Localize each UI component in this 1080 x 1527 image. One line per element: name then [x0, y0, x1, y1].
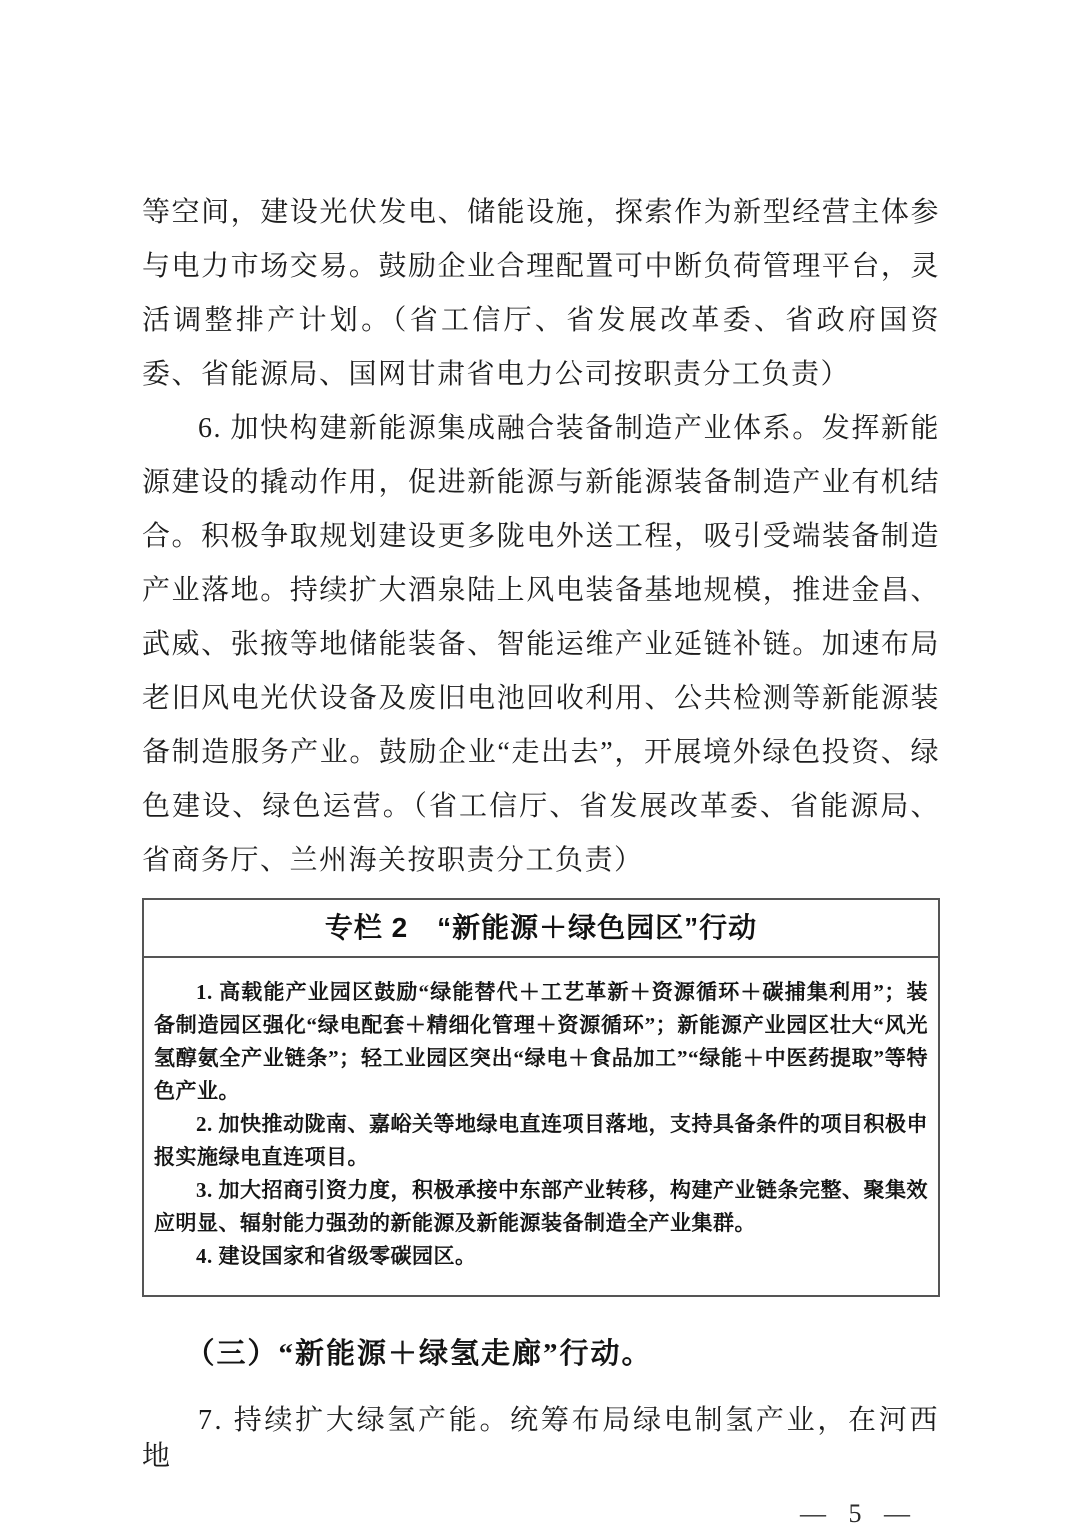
paragraph-continuation: 等空间，建设光伏发电、储能设施，探索作为新型经营主体参与电力市场交易。鼓励企业合… [142, 186, 940, 402]
callout-item-1: 1. 高载能产业园区鼓励“绿能替代＋工艺革新＋资源循环＋碳捕集利用”；装备制造园… [154, 976, 928, 1108]
section-subheading: （三）“新能源＋绿氢走廊”行动。 [142, 1337, 940, 1371]
callout-box: 专栏 2 “新能源＋绿色园区”行动 1. 高载能产业园区鼓励“绿能替代＋工艺革新… [142, 898, 940, 1297]
callout-item-4: 4. 建设国家和省级零碳园区。 [154, 1240, 928, 1273]
callout-item-3: 3. 加大招商引资力度，积极承接中东部产业转移，构建产业链条完整、聚集效应明显、… [154, 1174, 928, 1240]
page-number: — 5 — [142, 1499, 940, 1527]
callout-item-2: 2. 加快推动陇南、嘉峪关等地绿电直连项目落地，支持具备条件的项目积极申报实施绿… [154, 1108, 928, 1174]
callout-title: 专栏 2 “新能源＋绿色园区”行动 [144, 900, 938, 958]
callout-body: 1. 高载能产业园区鼓励“绿能替代＋工艺革新＋资源循环＋碳捕集利用”；装备制造园… [144, 958, 938, 1295]
paragraph-item-6: 6. 加快构建新能源集成融合装备制造产业体系。发挥新能源建设的撬动作用，促进新能… [142, 402, 940, 888]
document-page: 等空间，建设光伏发电、储能设施，探索作为新型经营主体参与电力市场交易。鼓励企业合… [0, 0, 1080, 1527]
paragraph-item-7: 7. 持续扩大绿氢产能。统筹布局绿电制氢产业，在河西地 [142, 1403, 940, 1475]
